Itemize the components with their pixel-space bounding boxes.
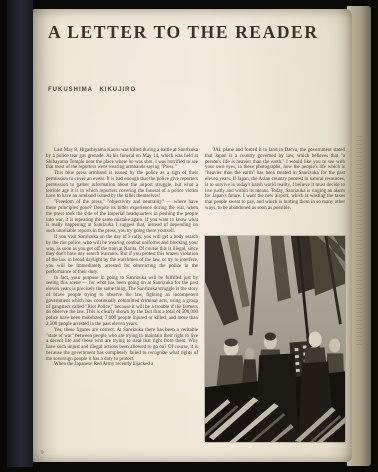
text-columns: Last May 8, Higashiyama Kaoru was killed…: [46, 148, 345, 442]
paragraph: Last May 8, Higashiyama Kaoru was killed…: [46, 148, 198, 171]
book-cover-spine: [7, 0, 33, 467]
right-text-column: JAL plane and forced it to land in Dacca…: [205, 148, 345, 442]
book-photograph: A LETTER TO THE READER FUKUSHIMA KIKUJIR…: [0, 0, 378, 472]
article-title: A LETTER TO THE READER: [48, 22, 345, 43]
paragraph: This blue press armband is issued by the…: [46, 171, 198, 200]
protest-photo: [205, 236, 345, 442]
page-number: 9: [41, 451, 44, 456]
left-text-column: Last May 8, Higashiyama Kaoru was killed…: [46, 148, 198, 368]
paragraph: If you visit Sanrizuka on the day of a r…: [46, 235, 198, 276]
paragraph: When the Japanese Red Army recently hija…: [46, 362, 198, 368]
article-author: FUKUSHIMA KIKUJIRO: [48, 87, 345, 93]
page-showthrough-texture: [356, 136, 362, 346]
right-column-text: JAL plane and forced it to land in Dacca…: [205, 148, 345, 212]
paragraph: In fact, your purpose in going to Sanriz…: [46, 276, 198, 328]
book-page: A LETTER TO THE READER FUKUSHIMA KIKUJIR…: [33, 9, 352, 462]
paragraph: JAL plane and forced it to land in Dacca…: [205, 148, 345, 212]
paragraph: "Freedom of the press," "objectivity and…: [46, 200, 198, 235]
paragraph: Yes, these figures are correct. At Sanri…: [46, 328, 198, 363]
protest-photo-graphic: [205, 236, 345, 442]
